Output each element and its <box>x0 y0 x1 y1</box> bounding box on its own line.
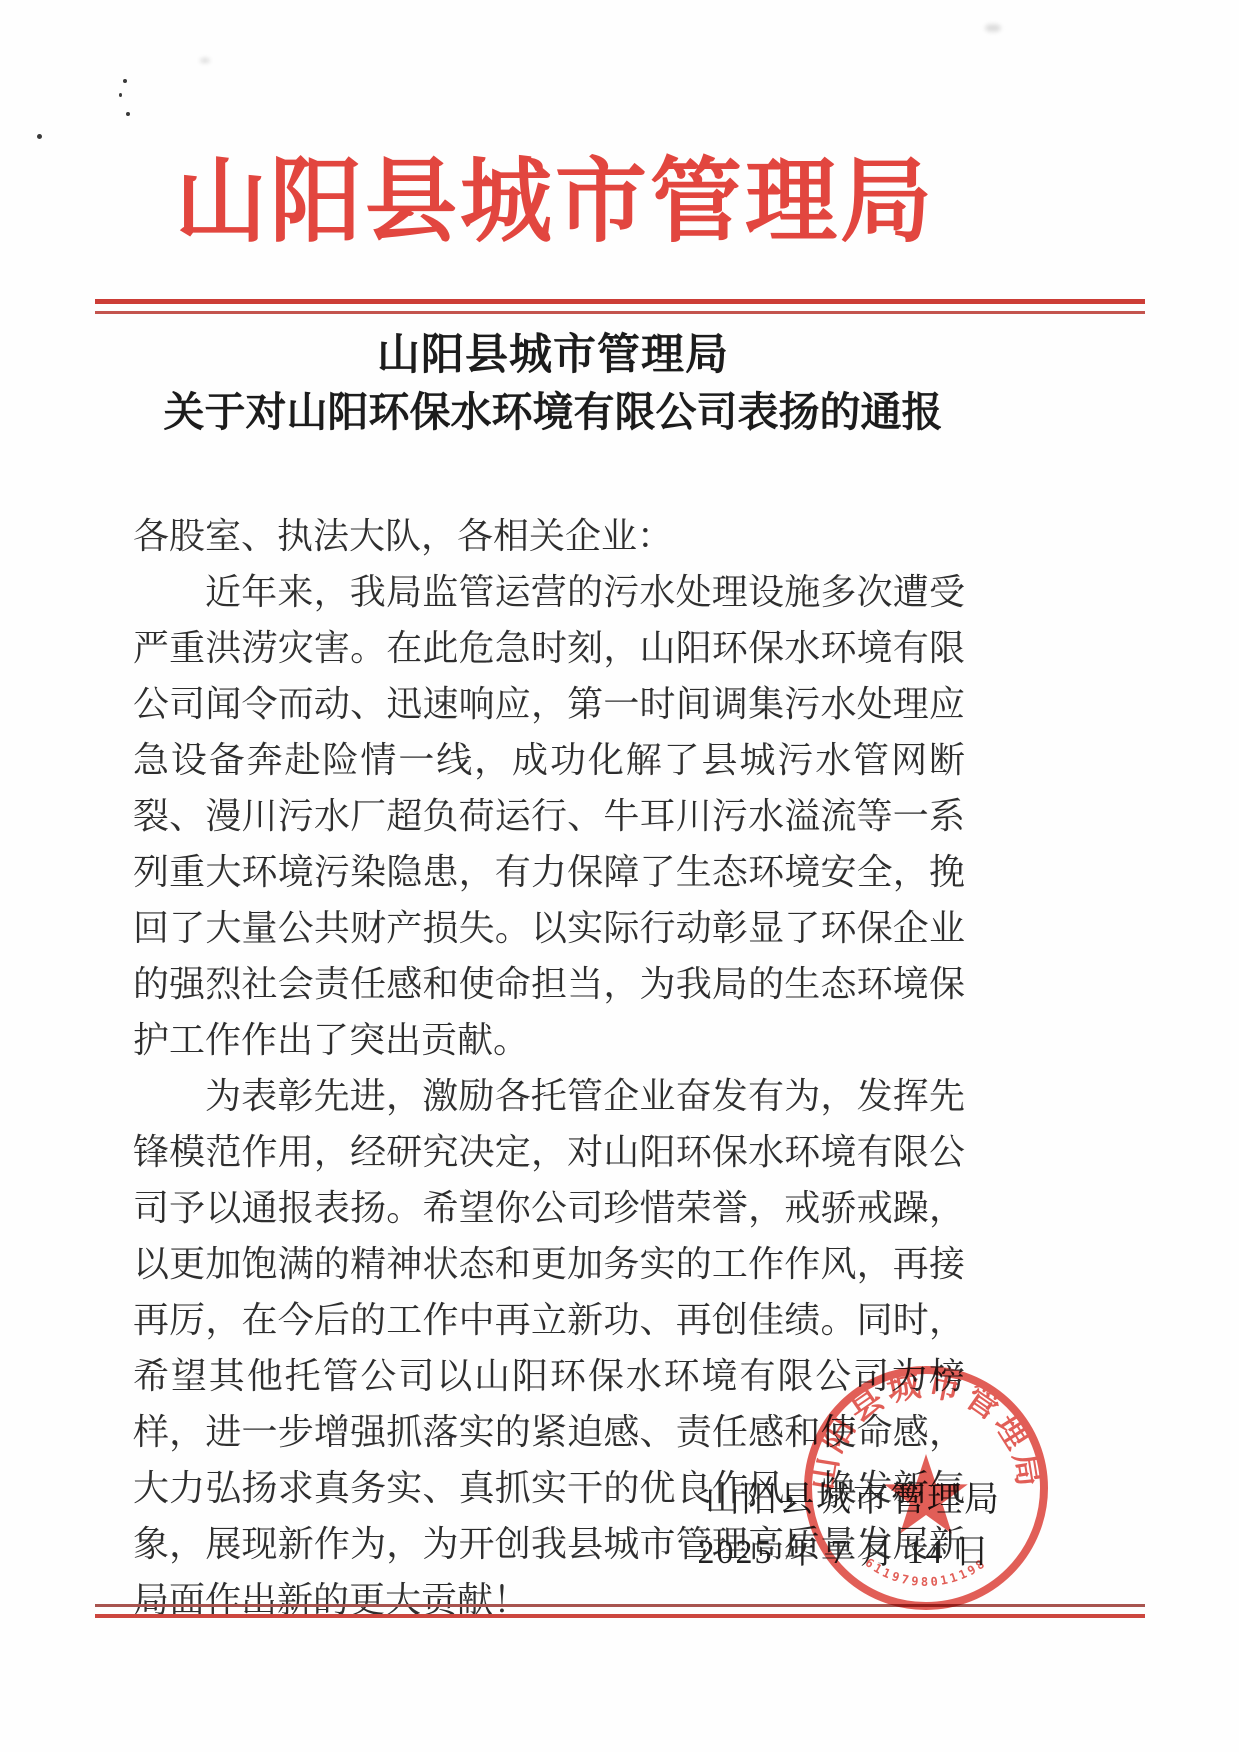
document-title-line1: 山阳县城市管理局 <box>0 328 1106 384</box>
seal-star-icon <box>884 1454 968 1534</box>
scan-speck <box>123 79 127 83</box>
seal-code: 6119798011198 <box>863 1555 990 1589</box>
document-title: 山阳县城市管理局 关于对山阳环保水环境有限公司表扬的通报 <box>0 328 1106 440</box>
scan-smudge <box>200 58 210 63</box>
body-paragraph: 近年来，我局监管运营的污水处理设施多次遭受严重洪涝灾害。在此危急时刻，山阳环保水… <box>133 564 965 1068</box>
letterhead-title: 山阳县城市管理局 <box>0 150 1110 256</box>
salutation: 各股室、执法大队，各相关企业： <box>133 508 965 564</box>
header-rule-thin <box>95 311 1145 314</box>
scan-speck <box>37 134 42 139</box>
scan-smudge <box>985 24 1001 32</box>
scanned-document-page: 山阳县城市管理局 山阳县城市管理局 关于对山阳环保水环境有限公司表扬的通报 各股… <box>0 0 1239 1752</box>
official-seal: 山阳县城市管理局 6119798011198 <box>798 1360 1054 1616</box>
document-title-line2: 关于对山阳环保水环境有限公司表扬的通报 <box>0 384 1106 440</box>
scan-speck <box>119 93 122 97</box>
scan-speck <box>126 112 130 116</box>
header-rule-thick <box>95 299 1145 304</box>
